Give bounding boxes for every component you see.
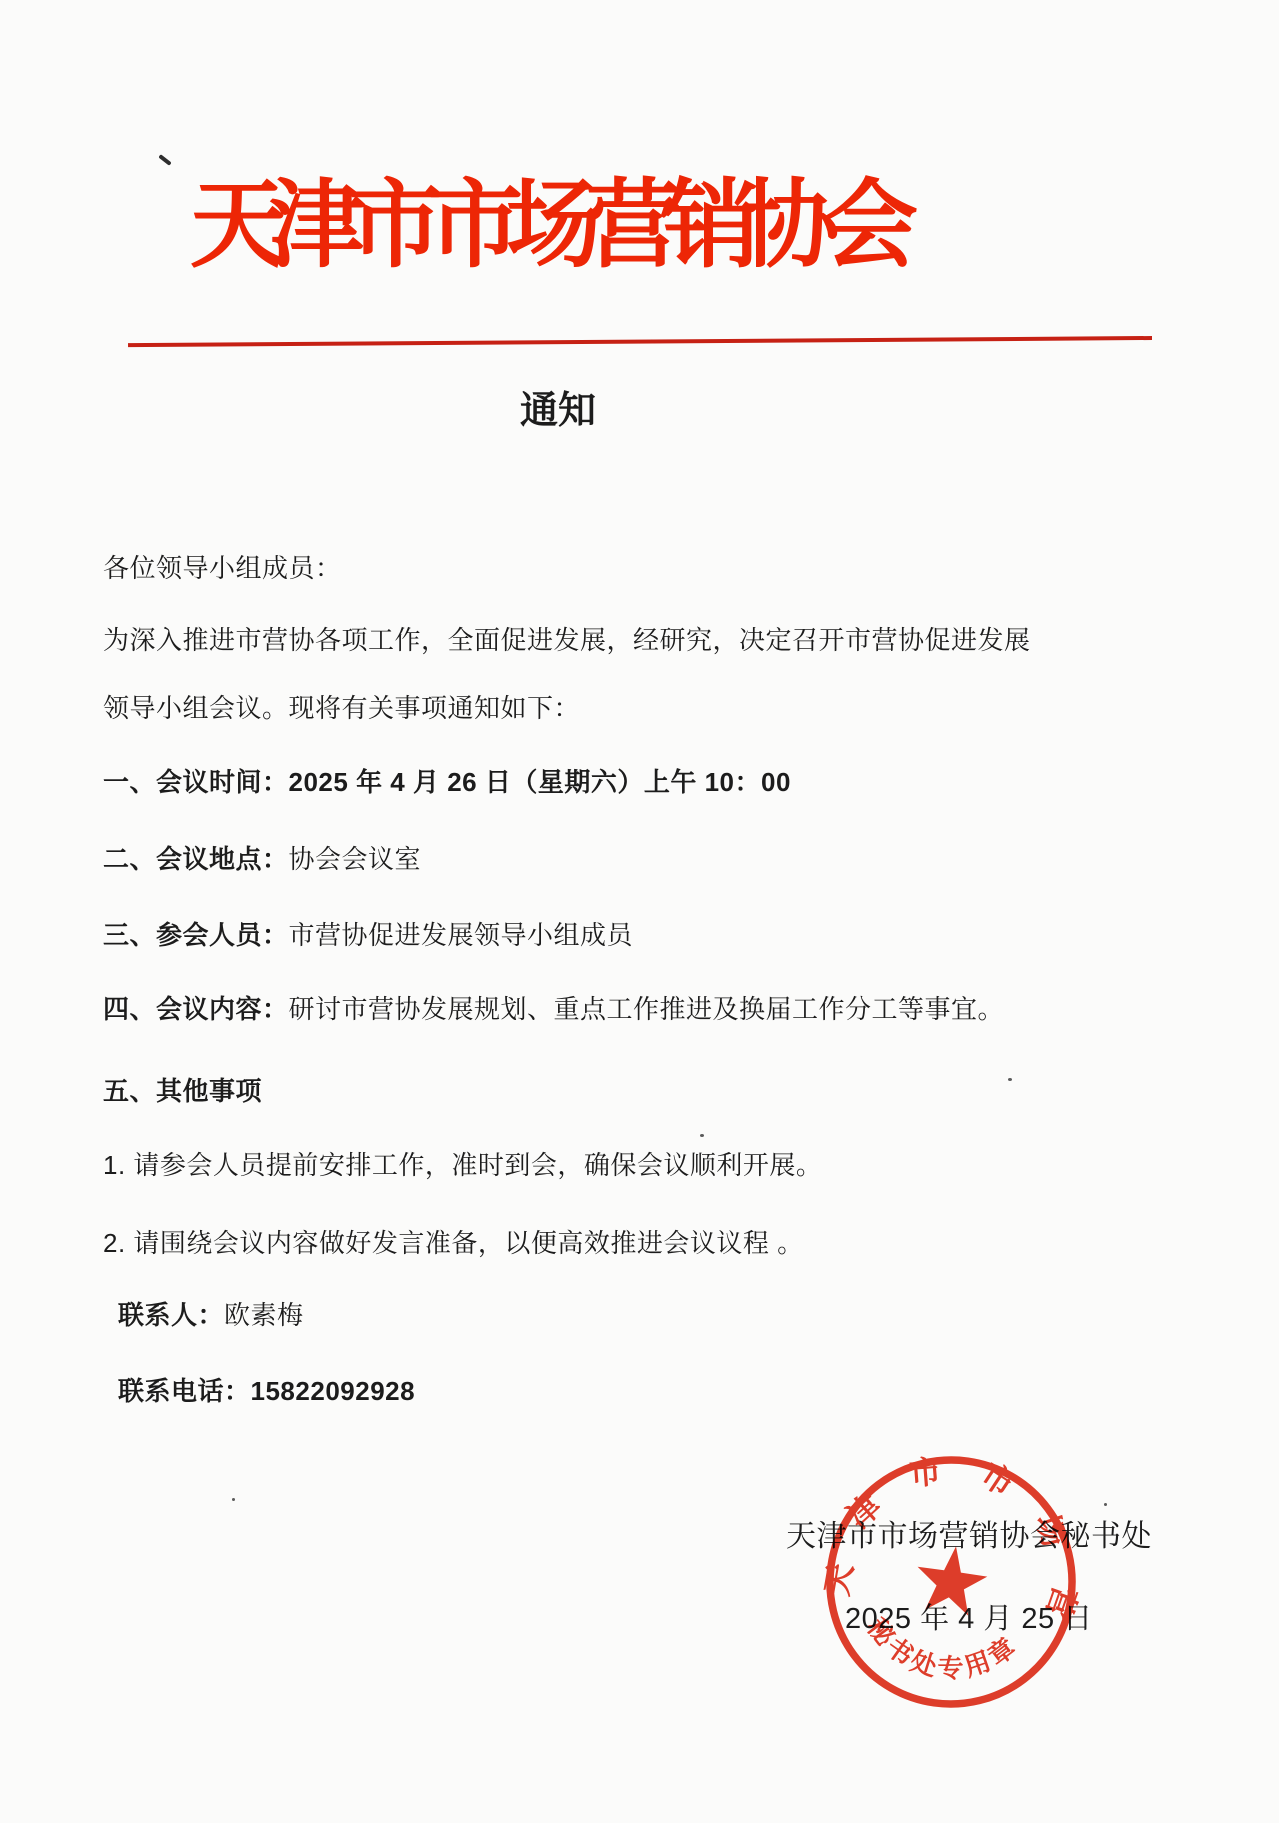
scan-artifact [1008,1078,1012,1081]
intro-line-2: 领导小组会议。现将有关事项通知如下： [103,689,580,727]
scan-artifact [232,1498,235,1501]
item-meeting-place: 二、会议地点：协会会议室 [103,840,421,878]
scan-artifact [700,1134,704,1137]
star-icon [912,1541,991,1617]
letterhead-org-name: 天津市市场营销协会 [190,176,901,276]
item-label: 一、会议时间： [103,767,289,797]
item-attendees: 三、参会人员：市营协促进发展领导小组成员 [103,916,633,954]
scan-artifact [1104,1503,1107,1506]
item-label: 四、会议内容： [103,994,289,1024]
scan-artifact [158,154,171,166]
item-value: 2025 年 4 月 26 日（星期六）上午 10：00 [289,767,791,797]
doc-title: 通知 [520,389,596,433]
contact-phone-label: 联系电话： [118,1376,251,1406]
intro-line-1: 为深入推进市营协各项工作，全面促进发展，经研究，决定召开市营协促进发展 [103,621,1031,659]
item-label: 五、其他事项 [103,1076,262,1106]
contact-person: 联系人：欧素梅 [118,1296,304,1334]
official-seal: 天津市市场营销协会 秘书处专用章 [804,1435,1098,1729]
item-other: 五、其他事项 [103,1072,262,1110]
contact-person-label: 联系人： [118,1300,224,1330]
note-2: 2. 请围绕会议内容做好发言准备，以便高效推进会议议程 。 [103,1224,804,1262]
note-1: 1. 请参会人员提前安排工作，准时到会，确保会议顺利开展。 [103,1146,822,1184]
contact-phone-value: 15822092928 [251,1376,416,1406]
contact-phone: 联系电话：15822092928 [118,1372,415,1410]
item-label: 三、参会人员： [103,920,289,950]
item-value: 市营协促进发展领导小组成员 [289,920,634,950]
contact-person-value: 欧素梅 [224,1300,304,1330]
item-label: 二、会议地点： [103,844,289,874]
letterhead-divider [128,336,1152,347]
item-value: 研讨市营协发展规划、重点工作推进及换届工作分工等事宜。 [289,994,1005,1024]
seal-top-text: 天津市市场营销协会 [804,1435,1098,1657]
item-value: 协会会议室 [289,844,422,874]
item-agenda: 四、会议内容：研讨市营协发展规划、重点工作推进及换届工作分工等事宜。 [103,990,1004,1028]
salutation: 各位领导小组成员： [103,549,342,587]
item-meeting-time: 一、会议时间：2025 年 4 月 26 日（星期六）上午 10：00 [103,763,791,801]
